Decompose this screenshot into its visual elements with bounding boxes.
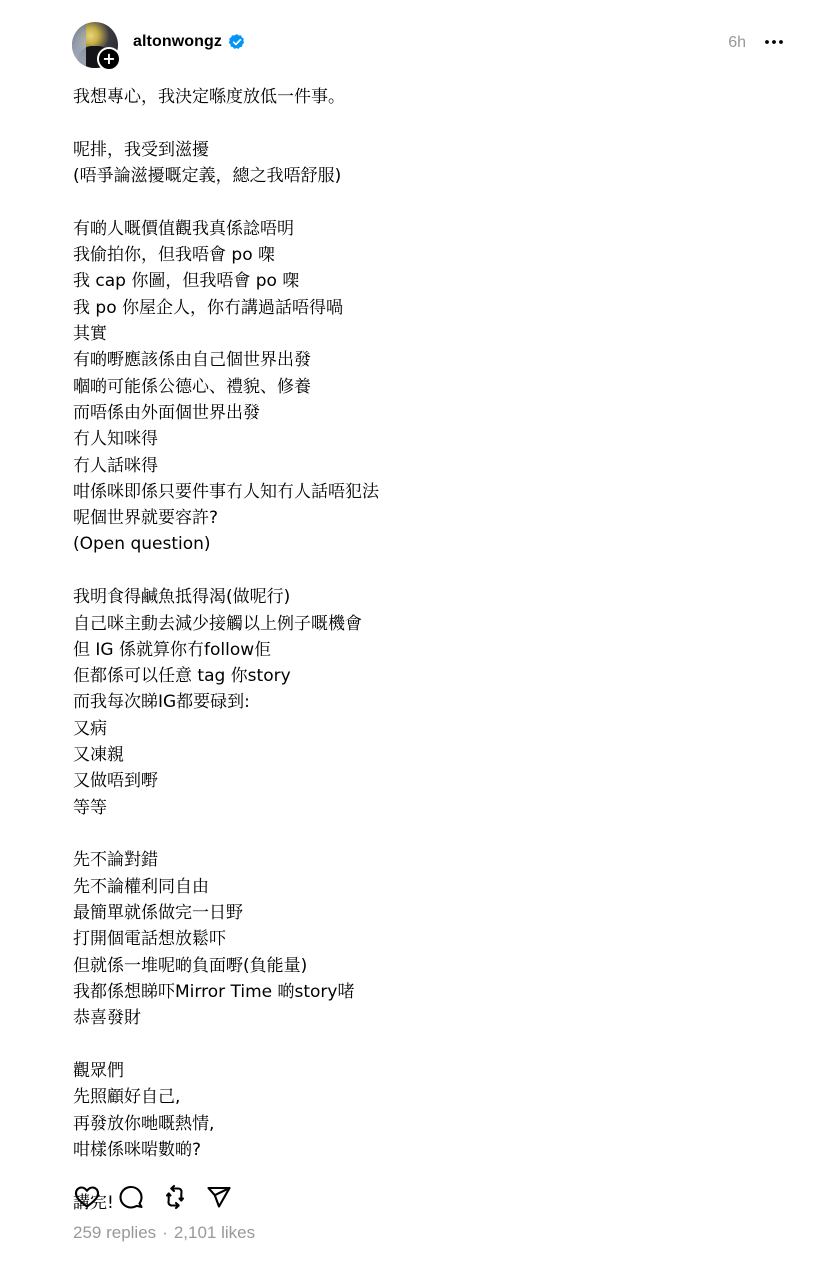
post-paragraph: 先不論對錯先不論權利同自由最簡單就係做完一日野打開個電話想放鬆吓但就係一堆呢啲負… [73, 847, 773, 1031]
post-stats: 259 replies·2,101 likes [73, 1223, 255, 1243]
post-text-line: 我 cap 你圖，但我唔會 po 㗎 [73, 268, 773, 294]
heart-icon [74, 1185, 100, 1209]
post-text-line: 但 IG 係就算你冇follow佢 [73, 637, 773, 663]
author-avatar[interactable]: + [72, 22, 118, 68]
post-text-line: 冇人話咪得 [73, 453, 773, 479]
post-text-line: 呢個世界就要容許? [73, 505, 773, 531]
post-text-line: 嗰啲可能係公德心、禮貌、修養 [73, 374, 773, 400]
post-text-line: 恭喜發財 [73, 1005, 773, 1031]
stats-separator: · [162, 1223, 168, 1242]
post-text-line: 咁係咪即係只要件事冇人知冇人話唔犯法 [73, 479, 773, 505]
post-text-line: 先照顧好自己, [73, 1084, 773, 1110]
send-icon [206, 1185, 232, 1209]
post-body: 我想專心，我決定喺度放低一件事。呢排，我受到滋擾(唔爭論滋擾嘅定義，總之我唔舒服… [73, 84, 773, 1216]
post-text-line: 自己咪主動去減少接觸以上例子嘅機會 [73, 611, 773, 637]
post-text-line: 我明食得鹹魚抵得渴(做呢行) [73, 584, 773, 610]
repost-button[interactable] [161, 1183, 189, 1211]
post-text-line: 但就係一堆呢啲負面嘢(負能量) [73, 953, 773, 979]
likes-count[interactable]: 2,101 likes [174, 1223, 255, 1242]
post-text-line: 又做唔到嘢 [73, 768, 773, 794]
post-header: + altonwongz 6h [72, 20, 788, 70]
verified-badge-icon [228, 33, 246, 51]
post-text-line: 先不論權利同自由 [73, 874, 773, 900]
post-text-line: 佢都係可以任意 tag 你story [73, 663, 773, 689]
reply-button[interactable] [117, 1183, 145, 1211]
post-paragraph: 呢排，我受到滋擾(唔爭論滋擾嘅定義，總之我唔舒服) [73, 137, 773, 190]
post-text-line: 又病 [73, 716, 773, 742]
like-button[interactable] [73, 1183, 101, 1211]
post-text-line: 其實 [73, 321, 773, 347]
post-text-line: 呢排，我受到滋擾 [73, 137, 773, 163]
post-paragraph: 觀眾們先照顧好自己,再發放你哋嘅熱情,咁樣係咪啱數啲? [73, 1058, 773, 1163]
post-text-line: 而唔係由外面個世界出發 [73, 400, 773, 426]
post-text-line: 打開個電話想放鬆吓 [73, 926, 773, 952]
share-button[interactable] [205, 1183, 233, 1211]
post-text-line: 又凍親 [73, 742, 773, 768]
post-text-line: 我偷拍你，但我唔會 po 㗎 [73, 242, 773, 268]
more-horizontal-icon [764, 39, 784, 45]
post-text-line: 我 po 你屋企人，你冇講過話唔得喎 [73, 295, 773, 321]
post-text-line: 有啲人嘅價值觀我真係諗唔明 [73, 216, 773, 242]
post-paragraph: 有啲人嘅價值觀我真係諗唔明我偷拍你，但我唔會 po 㗎我 cap 你圖，但我唔會… [73, 216, 773, 558]
post-paragraph: 我明食得鹹魚抵得渴(做呢行)自己咪主動去減少接觸以上例子嘅機會但 IG 係就算你… [73, 584, 773, 821]
post-text-line: 而我每次睇IG都要碌到: [73, 689, 773, 715]
post-text-line: (唔爭論滋擾嘅定義，總之我唔舒服) [73, 163, 773, 189]
post-text-line: 我想專心，我決定喺度放低一件事。 [73, 84, 773, 110]
post-text-line: 我都係想睇吓Mirror Time 啲story啫 [73, 979, 773, 1005]
post-text-line: 觀眾們 [73, 1058, 773, 1084]
post-text-line: (Open question) [73, 531, 773, 557]
post-text-line: 等等 [73, 795, 773, 821]
post-text-line: 最簡單就係做完一日野 [73, 900, 773, 926]
post-text-line: 再發放你哋嘅熱情, [73, 1111, 773, 1137]
replies-count[interactable]: 259 replies [73, 1223, 156, 1242]
post-timestamp[interactable]: 6h [728, 34, 746, 52]
comment-icon [118, 1184, 144, 1210]
post-actions [73, 1183, 249, 1211]
follow-plus-icon[interactable]: + [97, 47, 121, 71]
more-options-button[interactable] [762, 30, 786, 54]
post-text-line: 先不論對錯 [73, 847, 773, 873]
post-text-line: 冇人知咪得 [73, 426, 773, 452]
repost-icon [162, 1184, 188, 1210]
thread-post: + altonwongz 6h 我想專心，我決定喺度放低一件事。呢排，我受到滋擾… [0, 0, 816, 1265]
post-text-line: 有啲嘢應該係由自己個世界出發 [73, 347, 773, 373]
author-username[interactable]: altonwongz [133, 33, 222, 51]
post-paragraph: 我想專心，我決定喺度放低一件事。 [73, 84, 773, 110]
author-row: altonwongz [133, 33, 246, 51]
post-text-line: 咁樣係咪啱數啲? [73, 1137, 773, 1163]
